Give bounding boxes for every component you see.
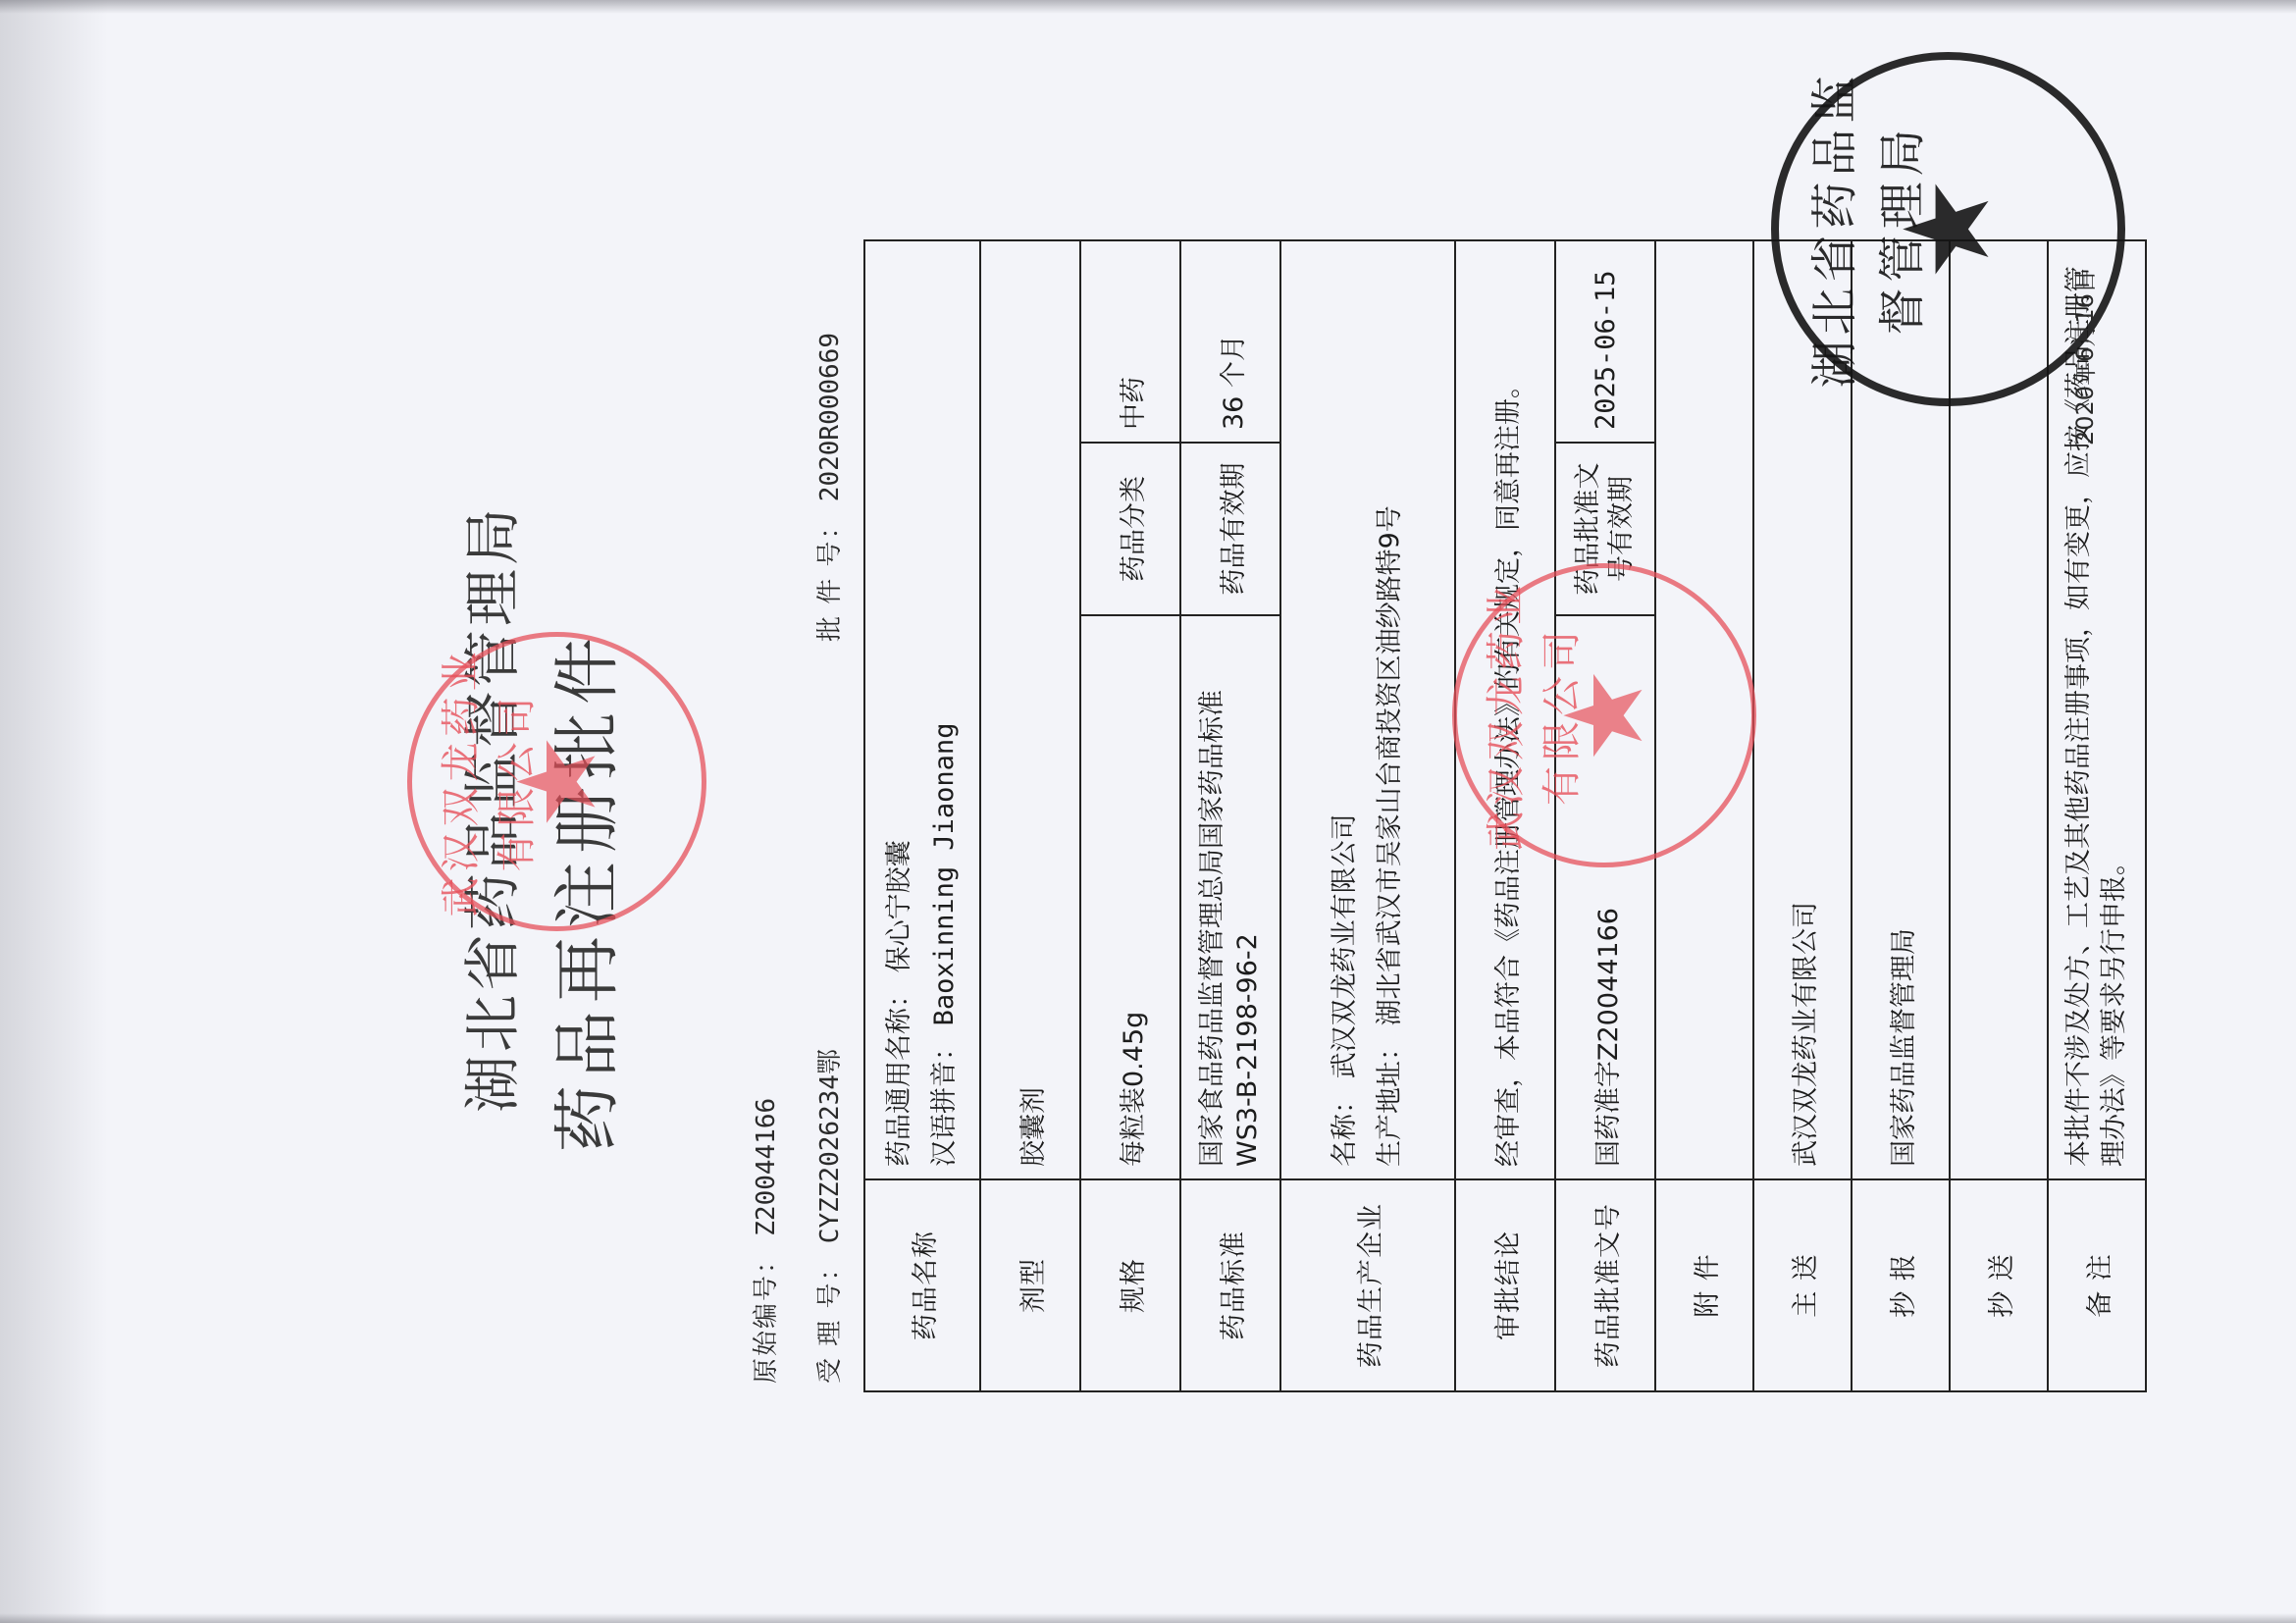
table-row-manufacturer: 药品生产企业 名称： 武汉双龙药业有限公司 生产地址： 湖北省武汉市吴家山台商投… <box>1280 240 1455 1391</box>
manufacturer-name-label: 名称： <box>1330 1087 1360 1167</box>
validity-label: 药品有效期 <box>1180 443 1280 615</box>
approval-document: 湖北省药品监督管理局 药品再注册批件 原始编号： Z20044166 受 理 号… <box>0 0 2296 1623</box>
manufacturer-label: 药品生产企业 <box>1280 1179 1455 1391</box>
cc-label: 抄 送 <box>1950 1179 2048 1391</box>
approval-number: 批 件 号： 2020R000669 <box>809 333 846 642</box>
original-number-value: Z20044166 <box>752 1098 781 1236</box>
specification-value: 每粒装0.45g <box>1080 615 1180 1179</box>
drug-name-cell: 药品通用名称： 保心宁胶囊 汉语拼音： Baoxinning Jiaonang <box>864 240 980 1179</box>
original-number: 原始编号： Z20044166 <box>746 1098 782 1384</box>
standard-value: 国家食品药品监督管理总局国家药品标准WS3-B-2198-96-2 <box>1180 615 1280 1179</box>
acceptance-number-value: CYZZ2026234鄂 <box>815 1049 845 1243</box>
generic-name-label: 药品通用名称： <box>884 981 914 1167</box>
validity-value: 36 个月 <box>1180 240 1280 443</box>
dosage-form-value: 胶囊剂 <box>980 240 1080 1179</box>
conclusion-label: 审批结论 <box>1455 1179 1555 1391</box>
manufacturer-address: 生产地址： 湖北省武汉市吴家山台商投资区油纱路特9号 <box>1368 253 1413 1167</box>
table-row-main-recipient: 主 送 武汉双龙药业有限公司 <box>1753 240 1852 1391</box>
standard-label: 药品标准 <box>1180 1179 1280 1391</box>
category-label: 药品分类 <box>1080 443 1180 615</box>
manufacturer-name-value: 武汉双龙药业有限公司 <box>1330 813 1360 1078</box>
table-row-cc: 抄 送 <box>1950 240 2048 1391</box>
table-row-report-to: 抄 报 国家药品监督管理局 <box>1852 240 1950 1391</box>
report-to-label: 抄 报 <box>1852 1179 1950 1391</box>
table-row-drug-name: 药品名称 药品通用名称： 保心宁胶囊 汉语拼音： Baoxinning Jiao… <box>864 240 980 1391</box>
table-row-specification: 规格 每粒装0.45g 药品分类 中药 <box>1080 240 1180 1391</box>
pinyin-name: 汉语拼音： Baoxinning Jiaonang <box>922 253 967 1167</box>
company-seal-top: 武汉双龙药业有限公司 ★ <box>407 632 706 931</box>
remarks-label: 备 注 <box>2048 1179 2146 1391</box>
pinyin-value: Baoxinning Jiaonang <box>929 723 960 1026</box>
original-number-label: 原始编号： <box>752 1246 781 1384</box>
category-value: 中药 <box>1080 240 1180 443</box>
approval-validity-value: 2025-06-15 <box>1555 240 1655 443</box>
approval-number-value: 2020R000669 <box>815 333 845 501</box>
generic-name: 药品通用名称： 保心宁胶囊 <box>877 253 922 1167</box>
acceptance-number-label: 受 理 号： <box>815 1253 845 1384</box>
approval-number-label-cell: 药品批准文号 <box>1555 1179 1655 1391</box>
manufacturer-cell: 名称： 武汉双龙药业有限公司 生产地址： 湖北省武汉市吴家山台商投资区油纱路特9… <box>1280 240 1455 1179</box>
table-row-standard: 药品标准 国家食品药品监督管理总局国家药品标准WS3-B-2198-96-2 药… <box>1180 240 1280 1391</box>
attachment-label: 附 件 <box>1655 1179 1753 1391</box>
main-recipient-label: 主 送 <box>1753 1179 1852 1391</box>
acceptance-number: 受 理 号： CYZZ2026234鄂 <box>809 1049 846 1384</box>
manufacturer-name: 名称： 武汉双龙药业有限公司 <box>1323 253 1368 1167</box>
star-icon: ★ <box>1550 667 1658 764</box>
specification-label: 规格 <box>1080 1179 1180 1391</box>
drug-name-label: 药品名称 <box>864 1179 980 1391</box>
approval-number-label: 批 件 号： <box>815 511 845 642</box>
generic-name-value: 保心宁胶囊 <box>884 840 914 972</box>
company-seal-middle: 武汉双龙药业有限公司 ★ <box>1452 563 1756 867</box>
star-icon: ★ <box>503 733 611 830</box>
star-icon: ★ <box>1890 177 2008 283</box>
table-row-dosage-form: 剂型 胶囊剂 <box>980 240 1080 1391</box>
issue-date: 2020年6月16日 <box>2065 270 2100 445</box>
manufacturer-address-value: 湖北省武汉市吴家山台商投资区油纱路特9号 <box>1375 505 1405 1025</box>
manufacturer-address-label: 生产地址： <box>1375 1034 1405 1167</box>
pinyin-label: 汉语拼音： <box>929 1034 960 1167</box>
dosage-form-label: 剂型 <box>980 1179 1080 1391</box>
